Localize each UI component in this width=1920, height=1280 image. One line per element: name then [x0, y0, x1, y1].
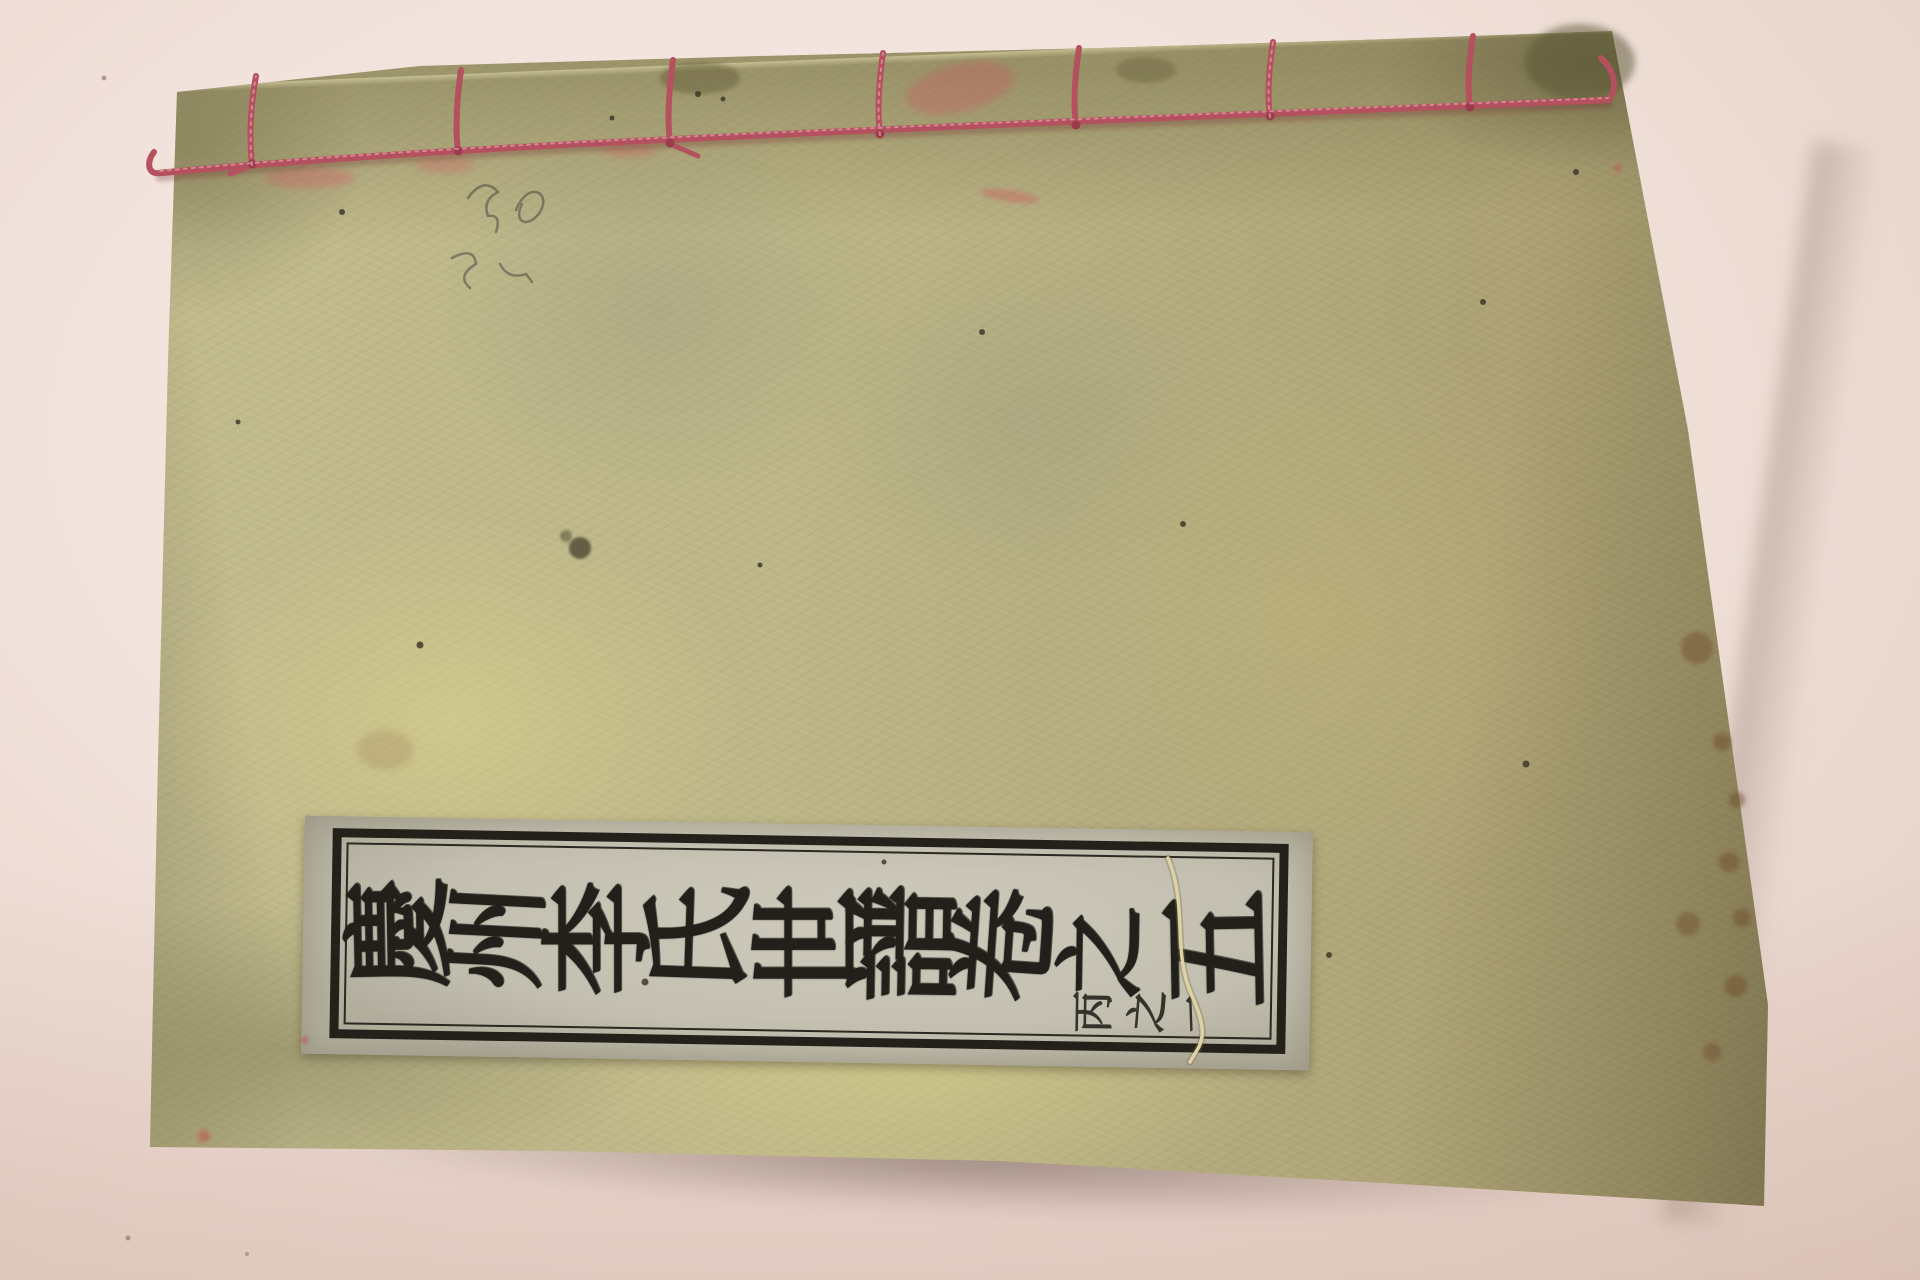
volume-char: 一: [1173, 995, 1216, 1032]
title-char: 之: [1050, 911, 1153, 993]
volume-mark: 丙 之 一: [1073, 984, 1224, 1040]
volume-char: 之: [1123, 989, 1172, 1033]
title-label: 慶 州 李 氏 世 譜 卷 之 五 丙 之 一: [301, 816, 1313, 1071]
volume-char: 丙: [1071, 991, 1118, 1032]
